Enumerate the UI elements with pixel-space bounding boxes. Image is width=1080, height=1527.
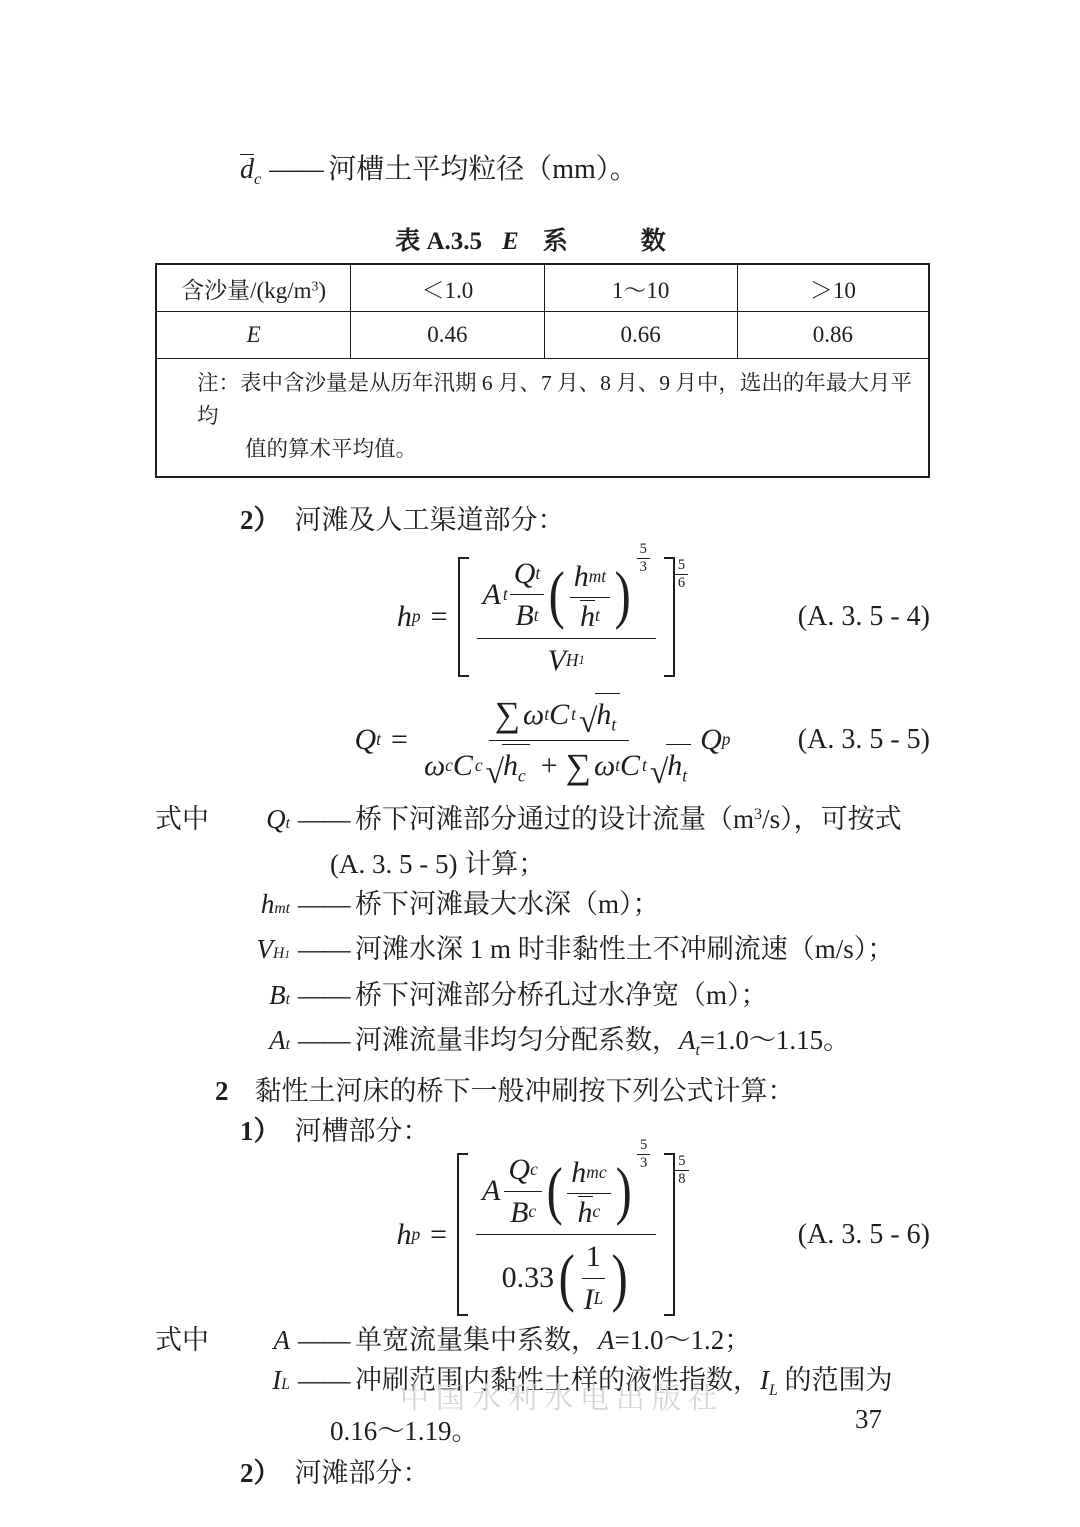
exponent-5-8: 58 bbox=[675, 1153, 688, 1187]
def-a: 式中 A —— 单宽流量集中系数，A=1.0～1.2； bbox=[155, 1320, 930, 1360]
formula-a35-4: hp = At Qt Bt ( hmt ht bbox=[155, 546, 930, 688]
section-beach: 2）河滩部分： bbox=[155, 1453, 930, 1493]
right-bracket bbox=[664, 1153, 675, 1316]
open-paren: ( bbox=[549, 568, 565, 623]
open-paren: ( bbox=[546, 1164, 562, 1219]
dc-description: 河槽土平均粒径（mm）。 bbox=[328, 154, 638, 185]
publisher-watermark: 中国水利水电出版社 bbox=[400, 1376, 724, 1417]
left-bracket bbox=[457, 1153, 468, 1316]
main-fraction: A Qc Bc ( hmc hc ) 53 bbox=[476, 1151, 656, 1318]
header-range3: ＞10 bbox=[737, 264, 929, 312]
value-1: 0.46 bbox=[351, 312, 544, 359]
def-hmt: hmt —— 桥下河滩最大水深（m）； bbox=[155, 884, 930, 929]
def-qt-line2: (A. 3. 5 - 5) 计算； bbox=[155, 844, 930, 884]
sum-icon: ∑ bbox=[495, 692, 520, 736]
value-3: 0.86 bbox=[737, 312, 929, 359]
note-line2: 值的算术平均值。 bbox=[197, 433, 914, 466]
open-paren: ( bbox=[559, 1251, 575, 1306]
table-title-symbol: E bbox=[502, 228, 519, 256]
formula-a35-4-body: hp = At Qt Bt ( hmt ht bbox=[397, 555, 688, 680]
header-sediment: 含沙量/(kg/m3) bbox=[156, 264, 351, 312]
close-paren: ) bbox=[612, 1251, 628, 1306]
value-2: 0.66 bbox=[544, 312, 737, 359]
main-fraction: At Qt Bt ( hmt ht ) 53 VH1 bbox=[477, 555, 656, 680]
equation-label: (A. 3. 5 - 4) bbox=[798, 601, 930, 633]
table-title: 表 A.3.5 E 系 数 bbox=[155, 221, 930, 255]
header-range2: 1～10 bbox=[544, 264, 737, 312]
close-paren: ) bbox=[615, 1164, 631, 1219]
formula-a35-6: hp = A Qc Bc ( hmc hc bbox=[155, 1151, 930, 1318]
exponent-5-6: 56 bbox=[675, 557, 688, 591]
def-qt: 式中 Qt —— 桥下河滩部分通过的设计流量（m3/s），可按式 bbox=[155, 794, 930, 844]
note-line1: 注：表中含沙量是从历年汛期 6 月、7 月、8 月、9 月中，选出的年最大月平均 bbox=[197, 367, 914, 433]
formula-a35-6-body: hp = A Qc Bc ( hmc hc bbox=[396, 1151, 688, 1318]
document-page: dc——河槽土平均粒径（mm）。 表 A.3.5 E 系 数 含沙量/(kg/m… bbox=[0, 0, 1080, 1527]
left-bracket bbox=[458, 557, 469, 678]
sqrt: √ht bbox=[650, 744, 691, 787]
exponent-5-3: 53 bbox=[637, 1137, 650, 1171]
table-title-label: 表 A.3.5 bbox=[395, 221, 482, 257]
table-title-text: 系 数 bbox=[543, 221, 690, 257]
section-clay: 2黏性土河床的桥下一般冲刷按下列公式计算： bbox=[155, 1071, 930, 1111]
sum-icon: ∑ bbox=[566, 744, 591, 788]
section-beach-channel: 2）河滩及人工渠道部分： bbox=[155, 500, 930, 540]
def-bt: Bt —— 桥下河滩部分桥孔过水净宽（m）； bbox=[155, 975, 930, 1020]
header-range1: ＜1.0 bbox=[351, 264, 544, 312]
page-content: dc——河槽土平均粒径（mm）。 表 A.3.5 E 系 数 含沙量/(kg/m… bbox=[155, 0, 930, 1493]
table-note-row: 注：表中含沙量是从历年汛期 6 月、7 月、8 月、9 月中，选出的年最大月平均… bbox=[156, 359, 929, 478]
def-dash: —— bbox=[269, 154, 322, 185]
sqrt: √hc bbox=[486, 744, 530, 787]
coefficient-table: 含沙量/(kg/m3) ＜1.0 1～10 ＞10 E 0.46 0.66 0.… bbox=[155, 263, 930, 478]
formula-a35-5-body: Qt = ∑ωtCt √ht ωcCc √hc + ∑ωtCt √ht Qp bbox=[355, 692, 731, 788]
row-label-E: E bbox=[156, 312, 351, 359]
table-note: 注：表中含沙量是从历年汛期 6 月、7 月、8 月、9 月中，选出的年最大月平均… bbox=[156, 359, 929, 478]
equation-label: (A. 3. 5 - 6) bbox=[798, 1219, 930, 1251]
right-bracket bbox=[664, 557, 675, 678]
exponent-5-3: 53 bbox=[637, 541, 650, 575]
close-paren: ) bbox=[615, 568, 631, 623]
sqrt: √ht bbox=[579, 693, 620, 736]
definitions-block-1: 式中 Qt —— 桥下河滩部分通过的设计流量（m3/s），可按式 (A. 3. … bbox=[155, 794, 930, 1071]
dc-symbol: d bbox=[240, 154, 254, 184]
section-channel: 1）河槽部分： bbox=[155, 1111, 930, 1151]
formula-a35-5: Qt = ∑ωtCt √ht ωcCc √hc + ∑ωtCt √ht Qp bbox=[155, 688, 930, 792]
definition-dc: dc——河槽土平均粒径（mm）。 bbox=[155, 150, 930, 199]
page-number: 37 bbox=[855, 1404, 882, 1435]
def-at: At —— 河滩流量非均匀分配系数，At=1.0～1.15。 bbox=[155, 1020, 930, 1071]
table-header-row: 含沙量/(kg/m3) ＜1.0 1～10 ＞10 bbox=[156, 264, 929, 312]
table-value-row: E 0.46 0.66 0.86 bbox=[156, 312, 929, 359]
equation-label: (A. 3. 5 - 5) bbox=[798, 724, 930, 756]
main-fraction: ∑ωtCt √ht ωcCc √hc + ∑ωtCt √ht bbox=[418, 692, 700, 788]
def-vh1: VH1 —— 河滩水深 1 m 时非黏性土不冲刷流速（m/s）； bbox=[155, 929, 930, 975]
